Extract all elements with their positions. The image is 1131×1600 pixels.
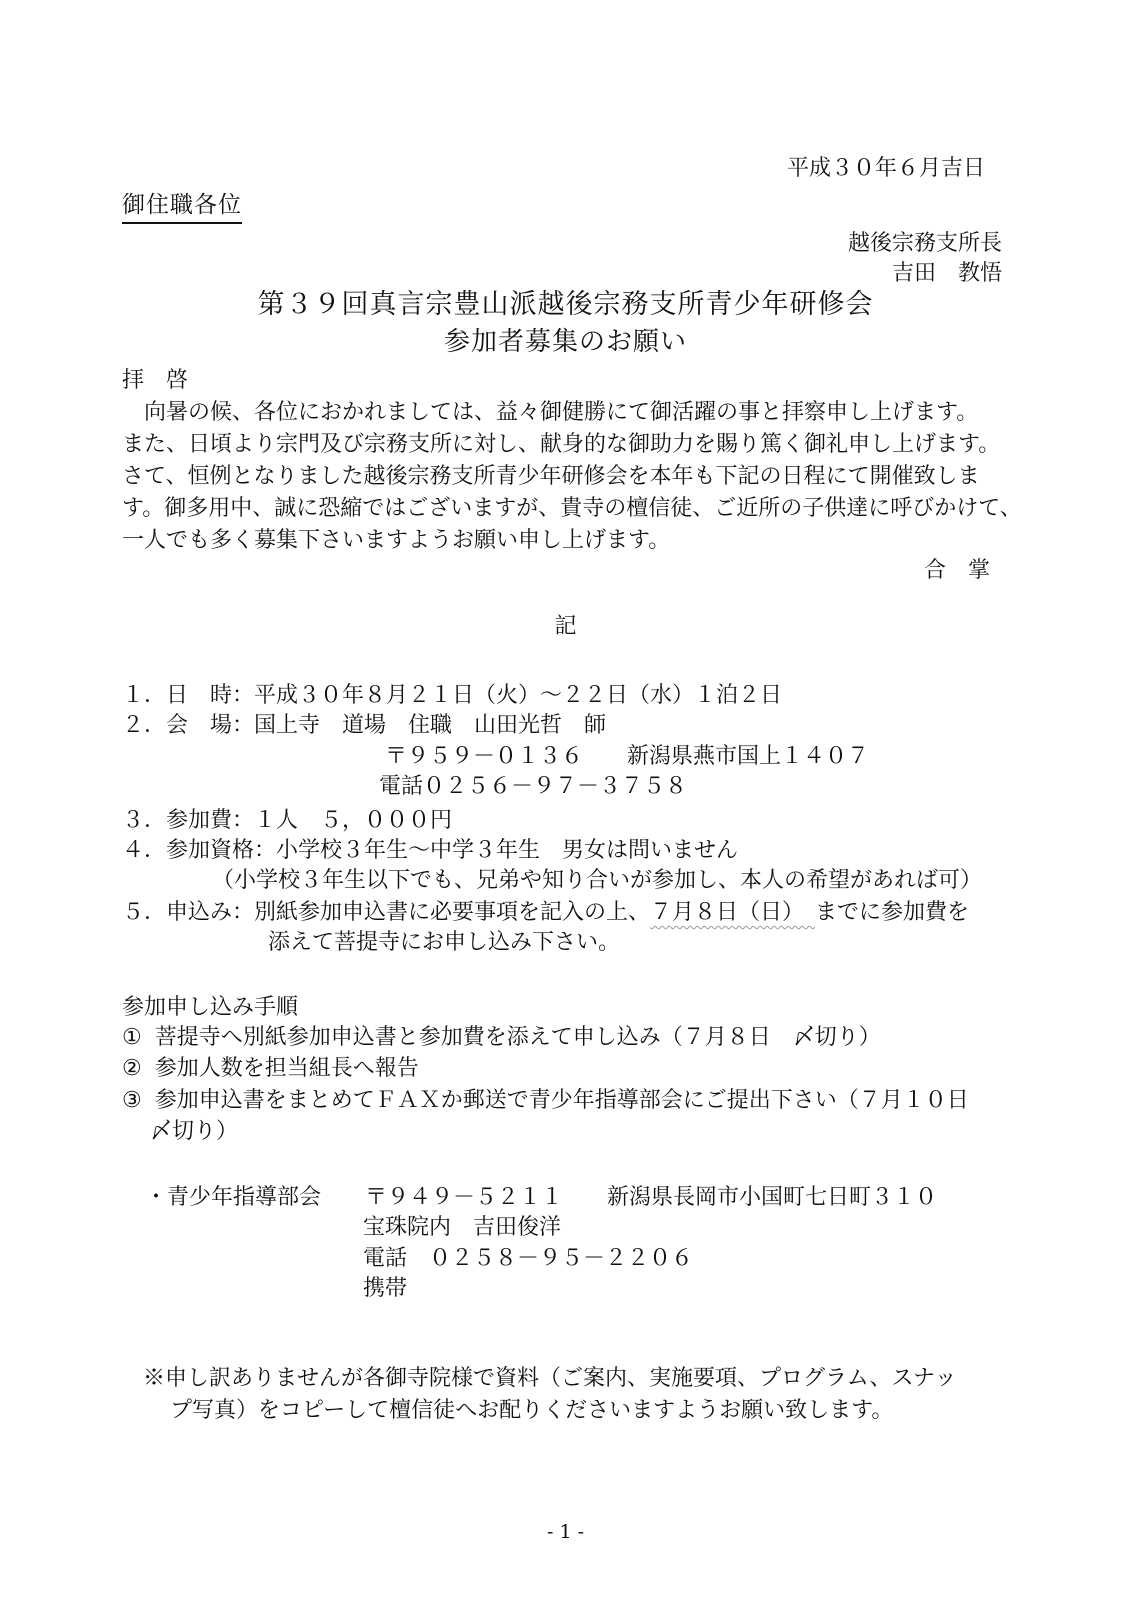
step-3-text: 参加申込書をまとめてＦＡＸか郵送で青少年指導部会にご提出下さい（７月１０日: [155, 1088, 969, 1113]
sender-name: 吉田 教悟: [122, 260, 1010, 288]
item5-suffix: までに参加費を: [815, 900, 969, 925]
procedure-step-3-line2: 〆切り）: [150, 1118, 1010, 1146]
circled-1-marker: ①: [122, 1024, 142, 1052]
venue-address: 〒９５９－０１３６ 新潟県燕市国上１４０７: [385, 743, 1025, 771]
procedure-step-3: ③参加申込書をまとめてＦＡＸか郵送で青少年指導部会にご提出下さい（７月１０日: [122, 1087, 1010, 1115]
body-line-4: す。御多用中、誠に恐縮ではございますが、貴寺の檀信徒、ご近所の子供達に呼びかけて…: [122, 495, 1010, 523]
notice-item-4: ４．参加資格：小学校３年生～中学３年生 男女は問いません: [122, 837, 1010, 865]
body-line-2: また、日頃より宗門及び宗務支所に対し、献身的な御助力を賜り篤く御礼申し上げます。: [122, 431, 1010, 459]
item5-deadline: ７月８日（日）: [650, 900, 815, 925]
item5-prefix: ５．申込み：別紙参加申込書に必要事項を記入の上、: [122, 900, 650, 925]
salutation: 拝 啓: [122, 367, 1010, 395]
closing: 合 掌: [122, 557, 1010, 585]
notice-header: 記: [0, 613, 1131, 641]
step-1-text: 菩提寺へ別紙参加申込書と参加費を添えて申し込み（７月８日 〆切り）: [155, 1025, 881, 1050]
procedure-step-2: ②参加人数を担当組長へ報告: [122, 1055, 1010, 1083]
body-line-3: さて、恒例となりました越後宗務支所青少年研修会を本年も下記の日程にて開催致しま: [122, 463, 1010, 491]
circled-3-marker: ③: [122, 1087, 142, 1115]
addressee-line: 御住職各位: [122, 191, 1010, 224]
notice-item-1: １．日 時：平成３０年８月２１日（火）～２２日（水）１泊２日: [122, 682, 1010, 710]
footnote-line-1: ※申し訳ありませんが各御寺院様で資料（ご案内、実施要項、プログラム、スナッ: [143, 1365, 1013, 1393]
doc-title-line1: 第３９回真言宗豊山派越後宗務支所青少年研修会: [0, 288, 1131, 322]
venue-phone: 電話０２５６－９７－３７５８: [379, 773, 1019, 801]
notice-item-3: ３．参加費：１人 ５，０００円: [122, 807, 1010, 835]
body-line-1: 向暑の候、各位におかれましては、益々御健勝にて御活躍の事と拝察申し上げます。: [122, 399, 1010, 427]
addressee-text: 御住職各位: [122, 191, 242, 224]
notice-item-2: ２．会 場：国上寺 道場 住職 山田光哲 師: [122, 712, 1010, 740]
date-line: 平成３０年６月吉日: [122, 155, 1010, 183]
notice-item-4-note: （小学校３年生以下でも、兄弟や知り合いが参加し、本人の希望があれば可）: [212, 867, 1022, 895]
page-number: - 1 -: [0, 1521, 1131, 1545]
step-2-text: 参加人数を担当組長へ報告: [155, 1056, 419, 1081]
contact-mobile: 携帯: [363, 1275, 1013, 1303]
doc-title-line2: 参加者募集のお願い: [0, 326, 1131, 359]
notice-item-5-line2: 添えて菩提寺にお申し込み下さい。: [268, 929, 1008, 957]
document-page: 平成３０年６月吉日 御住職各位 越後宗務支所長 吉田 教悟 第３９回真言宗豊山派…: [0, 0, 1131, 1600]
circled-2-marker: ②: [122, 1055, 142, 1083]
contact-line-2: 宝珠院内 吉田俊洋: [363, 1214, 1013, 1242]
sender-title: 越後宗務支所長: [122, 230, 1010, 258]
procedure-step-1: ①菩提寺へ別紙参加申込書と参加費を添えて申し込み（７月８日 〆切り）: [122, 1024, 1010, 1052]
footnote-line-2: プ写真）をコピーして檀信徒へお配りくださいますようお願い致します。: [170, 1397, 1010, 1425]
procedure-heading: 参加申し込み手順: [122, 994, 1010, 1022]
notice-item-5: ５．申込み：別紙参加申込書に必要事項を記入の上、７月８日（日） までに参加費を: [122, 899, 1010, 927]
body-line-5: 一人でも多く募集下さいますようお願い申し上げます。: [122, 527, 1010, 555]
contact-line-1: ・青少年指導部会 〒９４９－５２１１ 新潟県長岡市小国町七日町３１０: [145, 1184, 1015, 1212]
contact-phone: 電話 ０２５８－９５－２２０６: [363, 1245, 1013, 1273]
